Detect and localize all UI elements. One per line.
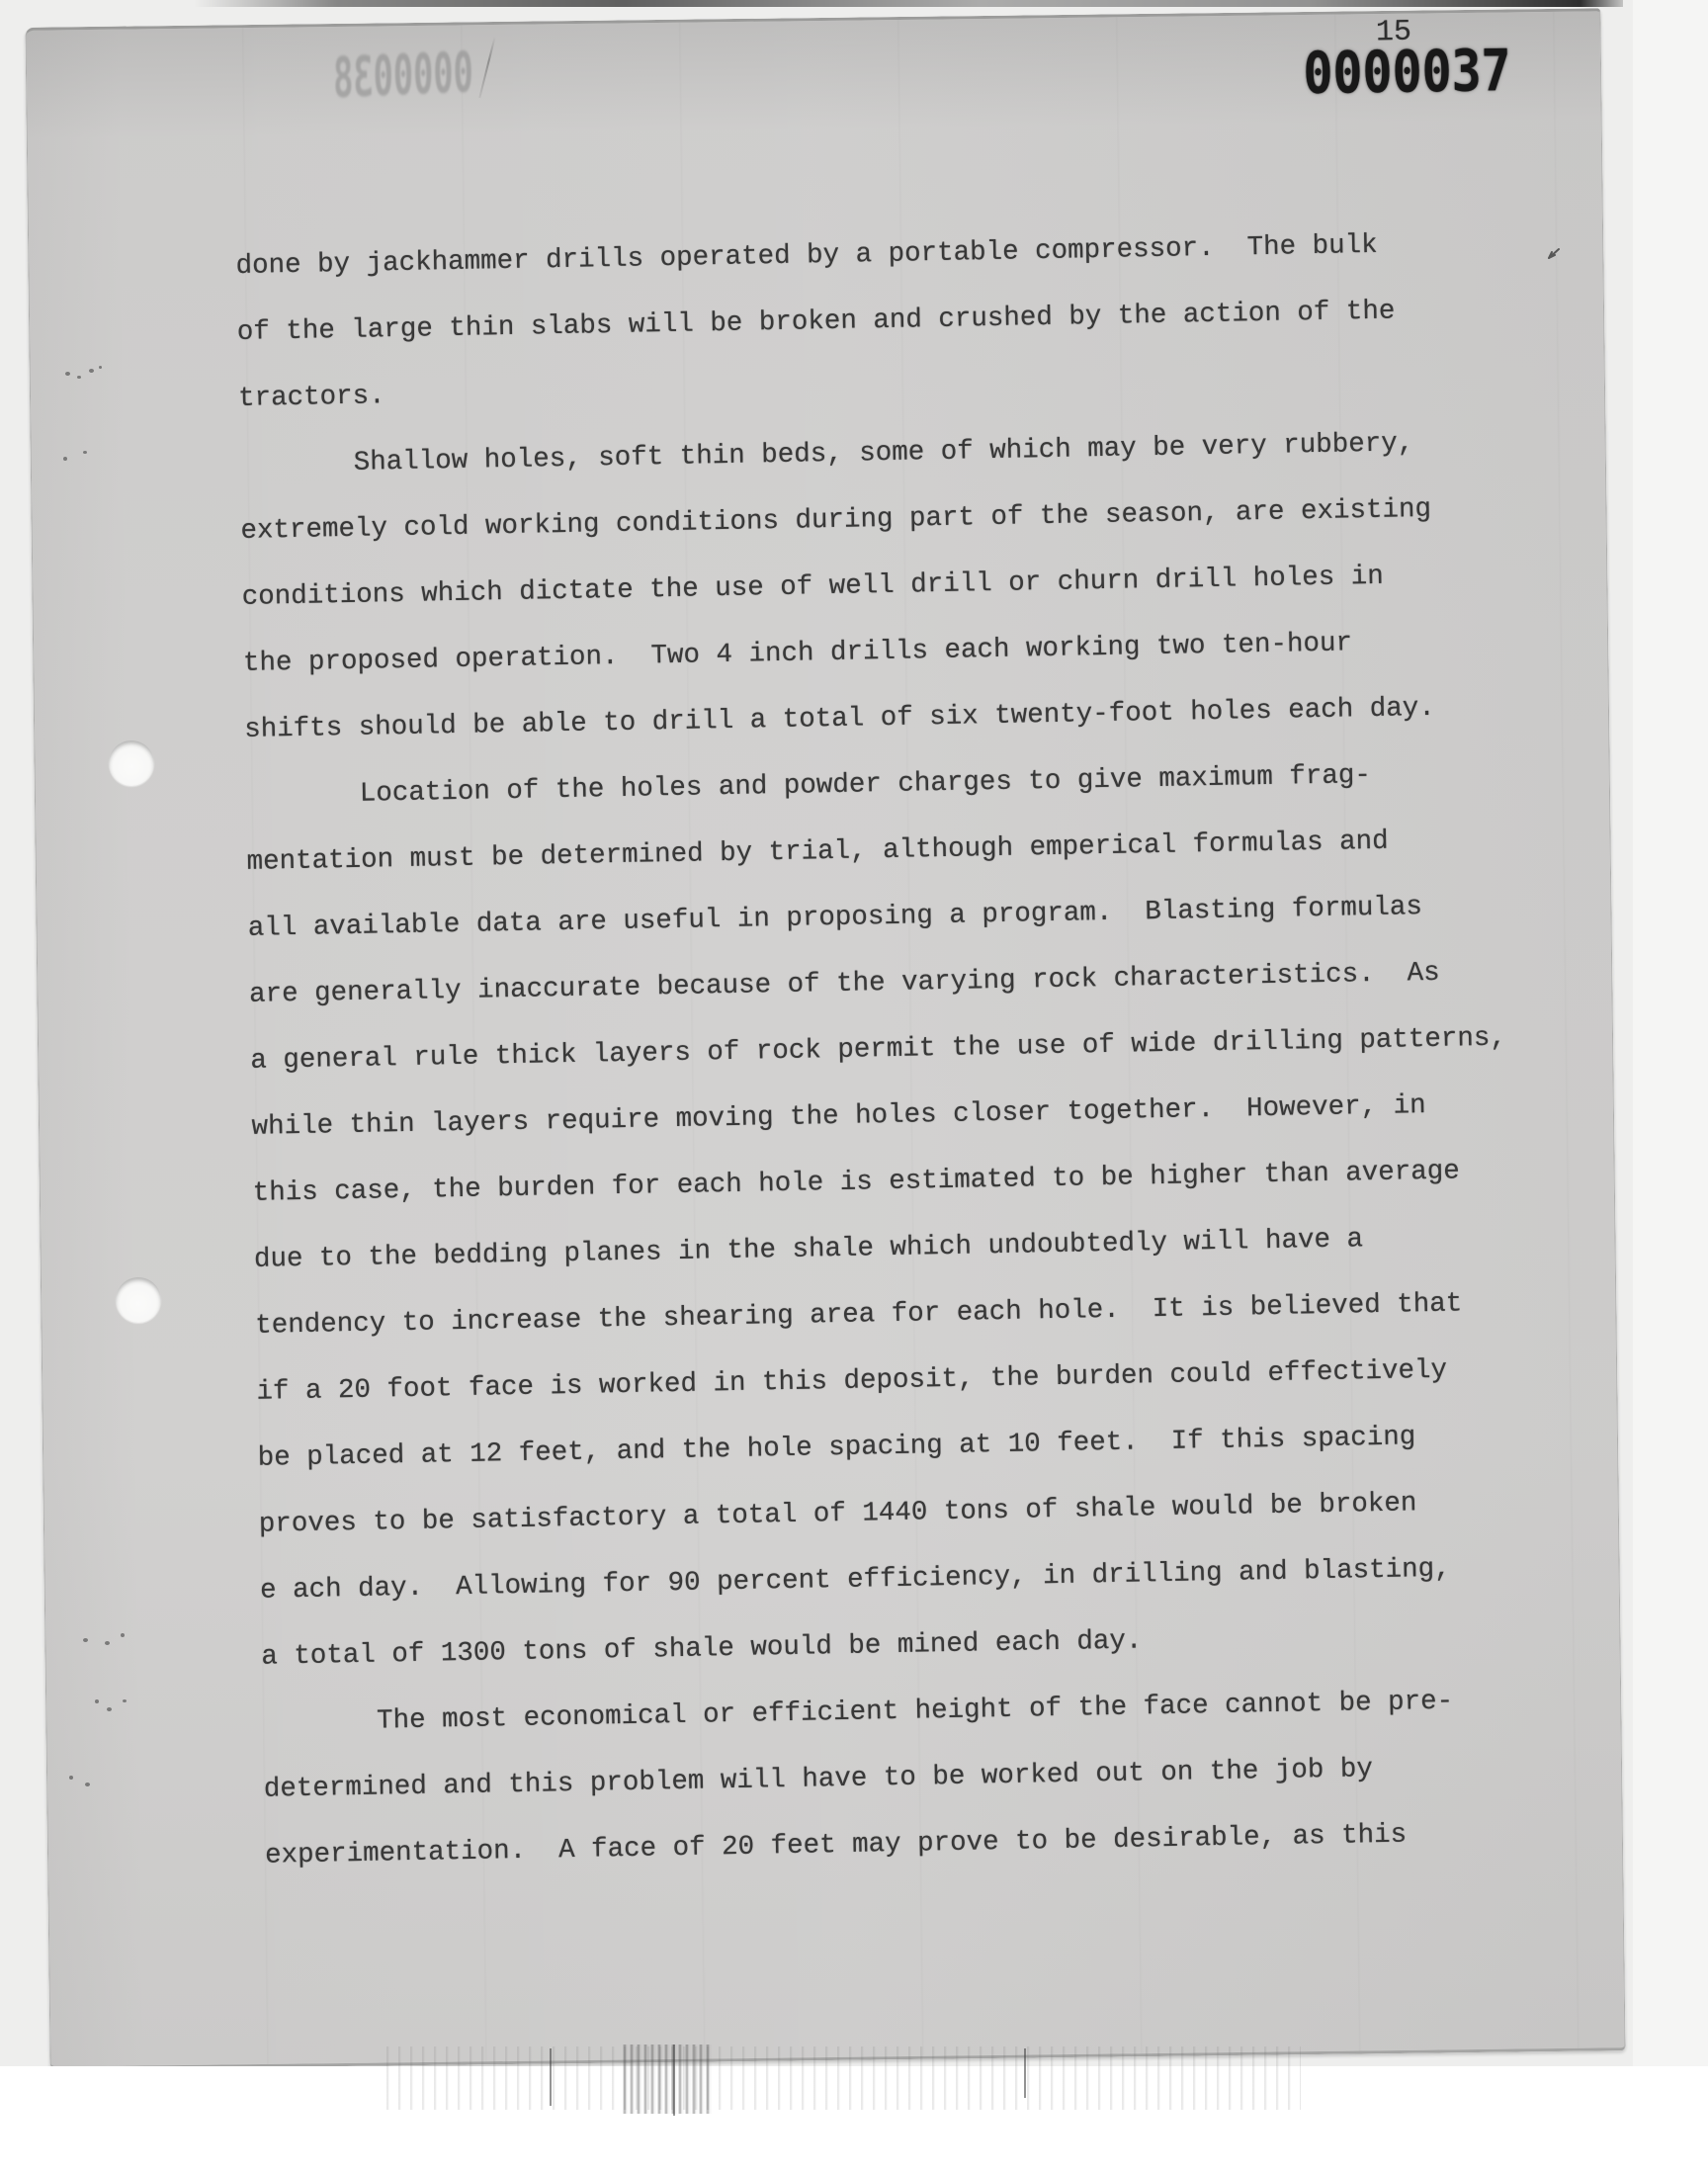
dust-speck — [77, 376, 81, 379]
hole-punch-top — [109, 740, 154, 786]
dust-speck — [105, 1641, 110, 1645]
pen-mark-icon — [1545, 247, 1563, 268]
dust-speck — [107, 1707, 112, 1711]
dust-speck — [89, 369, 94, 373]
dust-speck — [83, 1638, 88, 1642]
scan-streak-line — [550, 2048, 552, 2106]
dust-speck — [63, 457, 67, 461]
scan-streak-line — [1024, 2048, 1026, 2098]
bleedthrough-stamp-number: 0000038 — [333, 41, 474, 111]
scan-streak-artifacts — [378, 2046, 1301, 2110]
document-stamp-number: 0000037 — [1303, 37, 1511, 107]
scanned-document-screenshot: { "document": { "page_number": "15", "st… — [0, 0, 1708, 2175]
scan-streak-artifacts-dense — [623, 2044, 712, 2114]
hole-punch-bottom — [116, 1277, 161, 1323]
dust-speck — [95, 1699, 99, 1703]
dust-speck — [83, 451, 87, 454]
dust-speck — [123, 1699, 127, 1702]
typed-body-text: done by jackhammer drills operated by a … — [235, 211, 1521, 1889]
scanner-background-right — [1633, 0, 1708, 2175]
dust-speck — [121, 1633, 125, 1637]
dust-speck — [85, 1783, 90, 1786]
scan-edge-shadow-top — [194, 0, 1623, 7]
dust-speck — [69, 1776, 73, 1780]
dust-speck — [99, 366, 102, 369]
dust-speck — [65, 372, 70, 376]
scan-streak-line — [673, 2044, 675, 2116]
